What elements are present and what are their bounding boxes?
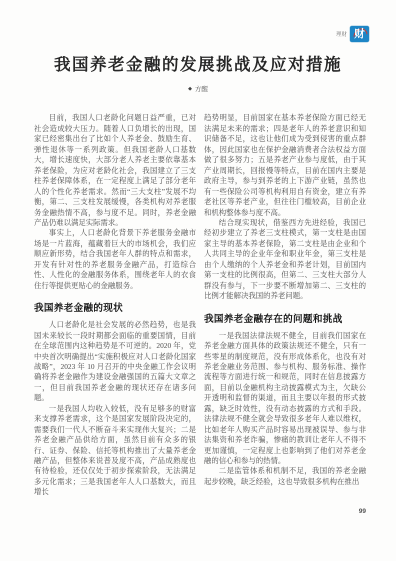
byline: ◆方醒 — [0, 84, 396, 93]
right-column: 趋势明显，目前国家在基本养老保险方面已经无法满足未来的需求；四是老年人的养老意识… — [204, 113, 366, 497]
paragraph: 趋势明显，目前国家在基本养老保险方面已经无法满足未来的需求；四是老年人的养老意识… — [204, 113, 366, 218]
magazine-logo-icon: 财 — [350, 26, 369, 42]
logo-glyph: 财 — [354, 29, 365, 40]
paragraph: 一是我国人均收入较低，没有足够多的财富来支撑养老需求，这个是国家发展阶段决定的，… — [34, 404, 196, 498]
section-heading-problems-challenges: 我国养老金融存在的问题和挑战 — [204, 311, 366, 325]
magazine-page: 理财 财 我国养老金融的发展挑战及应对措施 ◆方醒 目前，我国人口老龄化问题日益… — [0, 0, 396, 561]
article-body: 目前，我国人口老龄化问题日益严重，已对社会造成较大压力。随着人口负增长的出现，国… — [34, 113, 366, 497]
paragraph: 一是我国法律法规不健全，目前我们国家在养老金融方面具体的政策法规还不健全，只有一… — [204, 331, 366, 467]
left-column: 目前，我国人口老龄化问题日益严重，已对社会造成较大压力。随着人口负增长的出现，国… — [34, 113, 196, 497]
paragraph: 目前，我国人口老龄化问题日益严重，已对社会造成较大压力。随着人口负增长的出现，国… — [34, 113, 196, 228]
author-name: 方醒 — [195, 86, 208, 93]
paragraph: 结合现实现状，借鉴西方先进经验，我国已经初步建立了养老三支柱模式，第一支柱是由国… — [204, 218, 366, 302]
section-heading-current-status: 我国养老金融的现状 — [34, 300, 196, 314]
paragraph: 人口老龄化是社会发展的必然趋势，也是我国未来较长一段时期都会面临的重要国情，目前… — [34, 320, 196, 404]
section-label: 理财 — [336, 30, 347, 38]
article-title: 我国养老金融的发展挑战及应对措施 — [30, 55, 366, 76]
paragraph: 事实上，人口老龄化背景下养老服务金融市场是一片蓝海，蕴藏着巨大的市场机会，我们应… — [34, 228, 196, 291]
paragraph: 二是监管体系和机制不足，我国的养老金融起步较晚，缺乏经验，这也导致很多机构在推出 — [204, 466, 366, 487]
masthead: 理财 财 — [336, 26, 369, 42]
page-number: 99 — [359, 508, 366, 515]
author-bullet-icon: ◆ — [188, 87, 192, 92]
